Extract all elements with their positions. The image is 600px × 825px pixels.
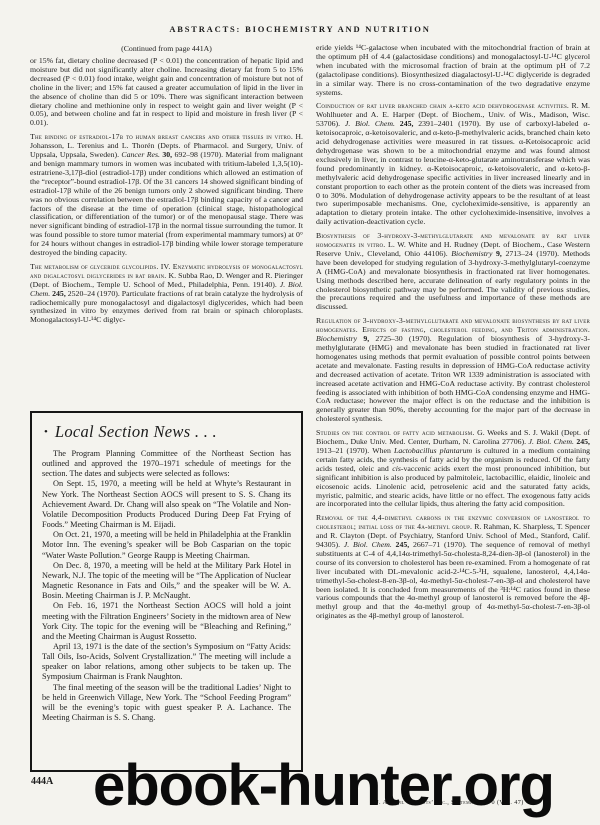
right-column: eride yields ¹⁴C-galactose when incubate… bbox=[316, 44, 590, 626]
abstract-paragraph: eride yields ¹⁴C-galactose when incubate… bbox=[316, 44, 590, 97]
abstract-text: 9, bbox=[492, 249, 501, 258]
news-box-title: Local Section News . . . bbox=[55, 422, 217, 442]
abstract-text: 692–98 (1970). Material from malignant a… bbox=[30, 150, 303, 257]
abstract-paragraph: or 15% fat, dietary choline decreased (P… bbox=[30, 57, 303, 128]
watermark-ebook-hunter: ebook-hunter.org bbox=[93, 757, 554, 815]
abstract-text: J. Biol. Chem. bbox=[529, 437, 574, 446]
abstract-text: J. Biol. Chem. bbox=[345, 119, 395, 128]
abstract-title: Studies on the control of fatty acid met… bbox=[316, 428, 475, 437]
abstract-text: 9, bbox=[357, 334, 369, 343]
abstract-text: 245, bbox=[574, 437, 590, 446]
news-paragraph: On Dec. 8, 1970, a meeting will be held … bbox=[42, 561, 291, 602]
abstract-text: 245, bbox=[50, 289, 66, 298]
abstract-text: Biochemistry bbox=[316, 334, 357, 343]
abstract-paragraph: Regulation of 3-hydroxy-3-methylglutarat… bbox=[316, 317, 590, 424]
abstract-text: cis bbox=[392, 464, 401, 473]
bullet-icon: • bbox=[44, 427, 48, 438]
abstract-text: 1913–21 (1970). When bbox=[316, 446, 394, 455]
journal-page: ABSTRACTS: BIOCHEMISTRY AND NUTRITION (C… bbox=[0, 0, 600, 825]
news-paragraph: April 13, 1971 is the date of the sectio… bbox=[42, 642, 291, 683]
news-paragraph: On Sept. 15, 1970, a meeting will be hel… bbox=[42, 479, 291, 530]
abstract-text: 2520–24 (1970). Particulate fractions of… bbox=[30, 289, 303, 325]
page-header: ABSTRACTS: BIOCHEMISTRY AND NUTRITION bbox=[0, 24, 600, 34]
news-paragraph: The final meeting of the season will be … bbox=[42, 683, 291, 724]
abstract-text: Lactobacillus plantarum bbox=[394, 446, 472, 455]
local-section-news-box: • Local Section News . . . The Program P… bbox=[30, 411, 303, 772]
news-title-row: • Local Section News . . . bbox=[44, 422, 291, 442]
abstract-text: 2391–2401 (1970). By use of carboxyl-lab… bbox=[316, 119, 590, 226]
abstract-text: Biochemistry bbox=[451, 249, 492, 258]
page-number: 444A bbox=[31, 776, 53, 787]
abstract-paragraph: Coinduction of rat liver branched chain … bbox=[316, 102, 590, 227]
abstract-paragraph: Studies on the control of fatty acid met… bbox=[316, 429, 590, 509]
news-paragraph: The Program Planning Committee of the No… bbox=[42, 449, 291, 479]
right-column-abstracts: eride yields ¹⁴C-galactose when incubate… bbox=[316, 44, 590, 621]
abstract-text: or 15% fat, dietary choline decreased (P… bbox=[30, 56, 303, 127]
abstract-text: 245, bbox=[392, 540, 409, 549]
abstract-text: 2725–30 (1970). Regulation of biosynthes… bbox=[316, 334, 590, 423]
news-paragraph: On Oct. 21, 1970, a meeting will be held… bbox=[42, 530, 291, 560]
abstract-paragraph: The metabolism of glyceride glycolipids.… bbox=[30, 263, 303, 325]
abstract-title: Coinduction of rat liver branched chain … bbox=[316, 101, 569, 110]
abstract-paragraph: Removal of the 4,4-dimethyl carbons in t… bbox=[316, 514, 590, 621]
abstract-text: 2713–24 (1970). Methods have been develo… bbox=[316, 249, 590, 311]
abstract-paragraph: The binding of estradiol-17β to human br… bbox=[30, 133, 303, 258]
abstract-title: The binding of estradiol-17β to human br… bbox=[30, 132, 293, 141]
abstract-text: 30, bbox=[160, 150, 172, 159]
abstract-text: eride yields ¹⁴C-galactose when incubate… bbox=[316, 43, 590, 97]
abstract-text: J. Biol. Chem. bbox=[344, 540, 392, 549]
abstract-paragraph: Biosynthesis of 3-hydroxy-3-methylglutar… bbox=[316, 232, 590, 312]
abstract-title: Regulation of 3-hydroxy-3-methylglutarat… bbox=[316, 316, 590, 334]
continued-note: (Continued from page 441A) bbox=[30, 44, 303, 53]
abstract-text: Cancer Res. bbox=[121, 150, 160, 159]
left-column-abstracts: or 15% fat, dietary choline decreased (P… bbox=[30, 57, 303, 325]
news-paragraphs: The Program Planning Committee of the No… bbox=[42, 449, 291, 723]
abstract-text: 2667–71 (1970). The sequence of removal … bbox=[316, 540, 590, 620]
news-paragraph: On Feb. 16, 1971 the Northeast Section A… bbox=[42, 601, 291, 642]
abstract-text: 245, bbox=[395, 119, 413, 128]
